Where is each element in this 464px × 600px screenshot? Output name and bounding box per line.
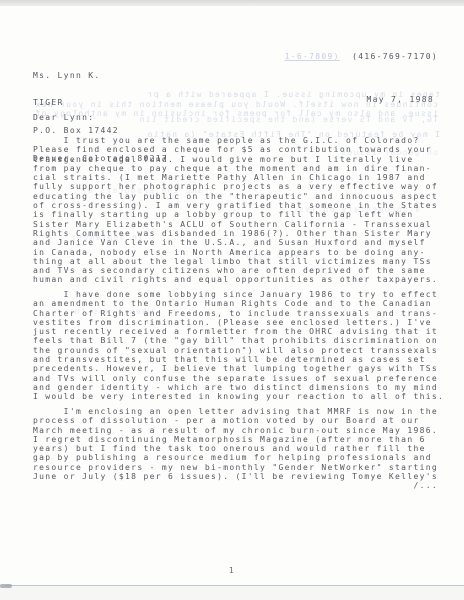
recipient-pobox: P.O. Box 17442	[33, 126, 168, 135]
page-number: 1	[0, 566, 464, 575]
letter-line: of cross-dressing). I am very gratified …	[33, 201, 438, 210]
letter-line: just recently received a formletter from…	[33, 327, 444, 336]
letter-line: March meeting - as a result of my chroni…	[33, 426, 438, 435]
letter-line: and TVs will only confuse the separate i…	[33, 374, 444, 383]
letter-line: Rights Committee was disbanded in 1986(?…	[33, 229, 438, 238]
letter-line: thing at all about the legal limbo that …	[33, 257, 438, 266]
letter-line: I regret discontinuing Metamorphosis Mag…	[33, 435, 438, 444]
letter-line: and transvestites, but that this will be…	[33, 355, 444, 364]
letter-line: Sister Mary Elizabeth's ACLU of Southern…	[33, 220, 438, 229]
letter-line: human and civil rights and equal opportu…	[33, 275, 438, 284]
letter-line: I have done some lobbying since January …	[33, 290, 444, 299]
paragraph-2: I have done some lobbying since January …	[33, 290, 444, 402]
letter-line: is finally starting up a lobby group to …	[33, 210, 438, 219]
letter-line: and gender identity - which are two dist…	[33, 383, 444, 392]
paragraph-1: I trust you are the same people as the G…	[33, 136, 438, 285]
scanned-letter-page: tapes in my upcoming issue. I appeared w…	[0, 0, 464, 600]
letter-line: from pay cheque to pay cheque at the mom…	[33, 164, 438, 173]
paragraph-3: I'm enclosing an open letter advising th…	[33, 407, 438, 481]
salutation: Dear Lynn:	[33, 113, 94, 122]
letter-line: vestites from discrimination. (Please se…	[33, 318, 444, 327]
letter-line: feels that Bill 7 (the "gay bill" that p…	[33, 336, 444, 345]
letter-line: I would be very interested in knowing yo…	[33, 392, 444, 401]
letter-line: I trust you are the same people as the G…	[33, 136, 438, 145]
scan-bottom-area	[0, 586, 464, 600]
letter-line: precedents. However, I believe that lump…	[33, 364, 444, 373]
scan-corner-smudge	[0, 584, 12, 588]
phone-ghost-text: 1-6-7809)	[285, 52, 340, 61]
scan-top-edge	[0, 0, 464, 6]
phone-line: 1-6-7809) (416-769-7170)	[285, 52, 438, 61]
letter-line: cial straits. (I met Mariette Pathy Alle…	[33, 173, 438, 182]
recipient-name: Ms. Lynn K.	[33, 71, 168, 80]
bleedthrough-text: TG, TV and TS verse (and the specified c…	[140, 115, 438, 124]
letter-line: the grounds of "sexual orientation") wil…	[33, 346, 444, 355]
letter-line: I'm enclosing an open letter advising th…	[33, 407, 438, 416]
letter-line: gap by publishing a resource medium for …	[33, 453, 438, 462]
letter-line: and Janice Van Cleve in the U.S.A., and …	[33, 238, 438, 247]
letter-line: in Canada, nobody else in North America …	[33, 248, 438, 257]
letter-line: an amendment to the Ontario Human Rights…	[33, 299, 444, 308]
letter-line: educating the lay public on the "therape…	[33, 192, 438, 201]
letter-line: process of dissolution - per a motion vo…	[33, 416, 438, 425]
letter-line: Please find enclosed a cheque for $5 as …	[33, 145, 438, 154]
letter-line: Charter of Rights and Freedoms, to inclu…	[33, 309, 444, 318]
phone-spacer	[340, 52, 352, 61]
letter-line: years) but I find the task too onerous a…	[33, 444, 438, 453]
letter-line: transgender legal fund. I would give mor…	[33, 155, 438, 164]
recipient-org: TIGER	[33, 98, 168, 107]
phone-number: (416-769-7170)	[352, 52, 438, 61]
continuation-mark: /...	[413, 481, 438, 490]
letter-date: May 7, 1988	[366, 95, 434, 104]
letter-line: fully support her photographic projects …	[33, 182, 438, 191]
letter-line: resource providers - my new bi-monthly "…	[33, 463, 438, 472]
letter-line: and TVs as secondary citizens who are of…	[33, 266, 438, 275]
letter-line: June or July ($18 per 6 issues). (I'll b…	[33, 472, 438, 481]
